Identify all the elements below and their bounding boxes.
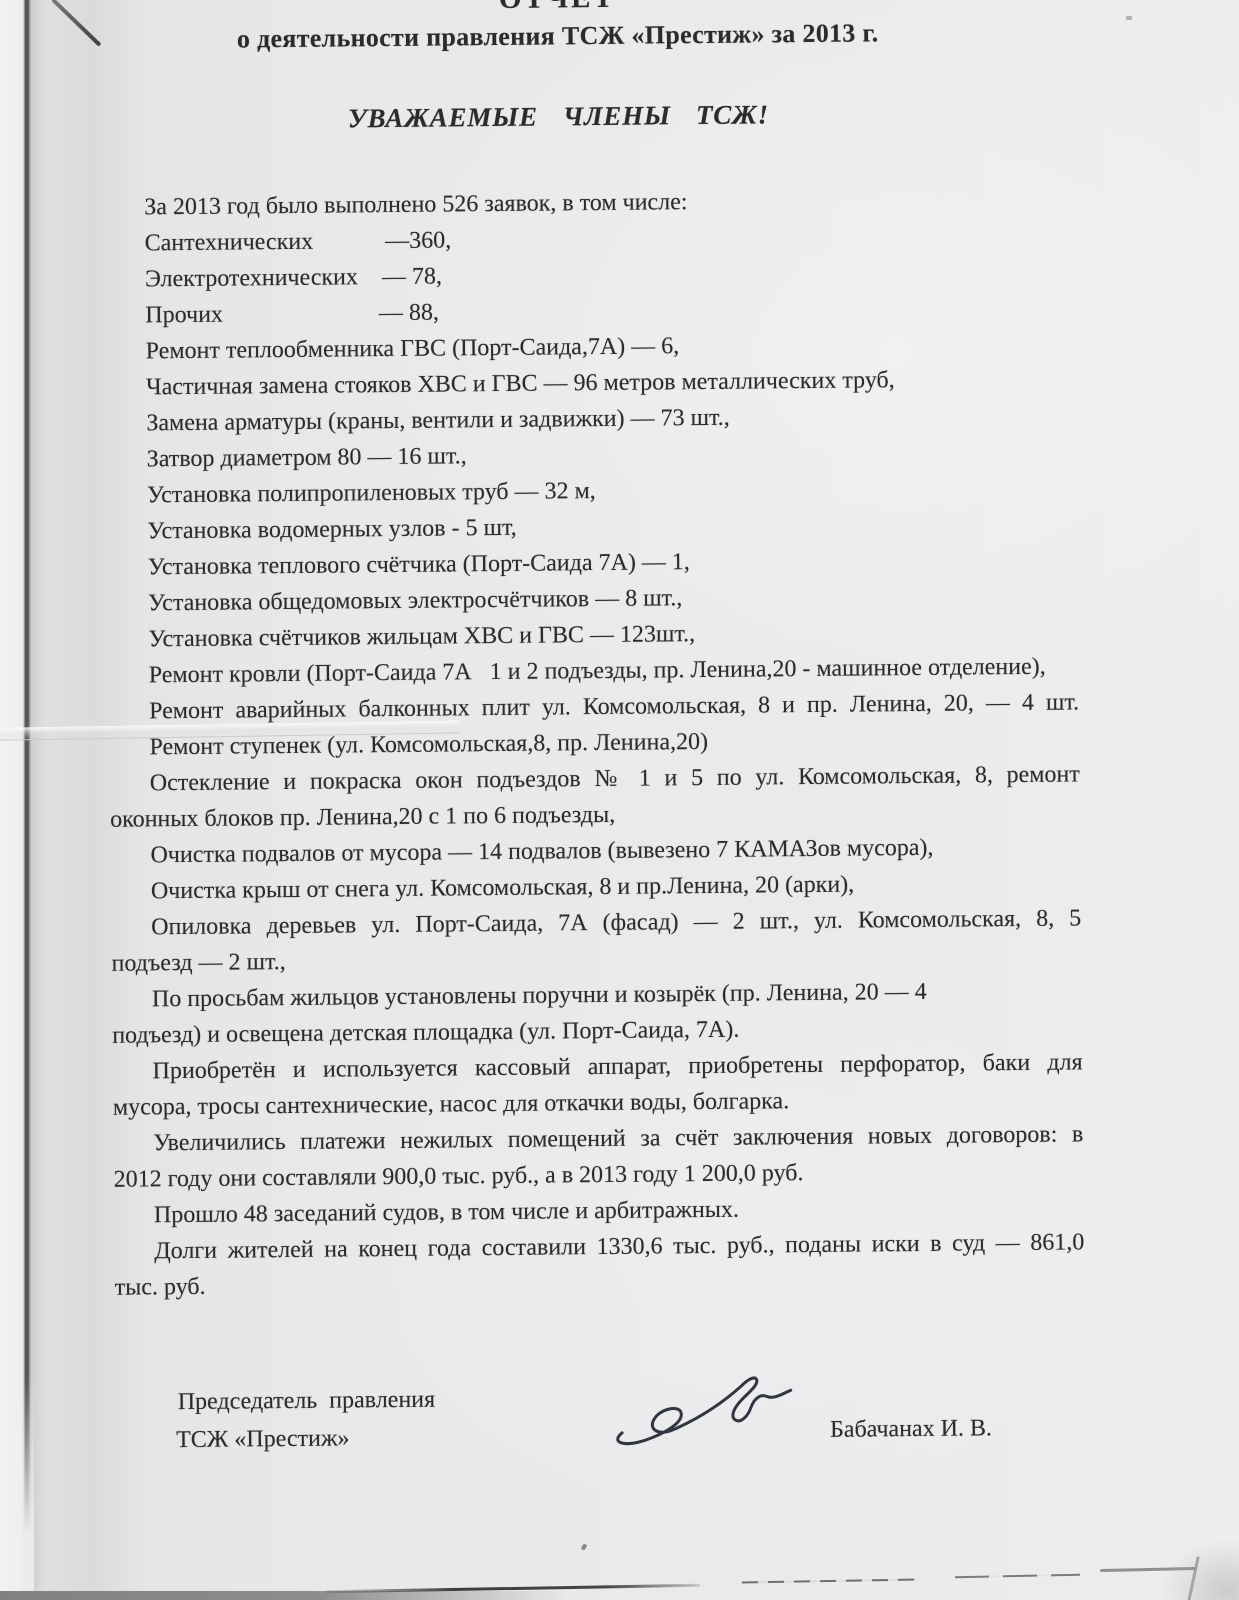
signature-role-line-1: Председатель правления — [178, 1387, 436, 1416]
signatory-name: Бабачанах И. В. — [830, 1415, 992, 1444]
document-title: ОТЧЕТ — [0, 0, 1122, 19]
scan-speck — [1126, 16, 1132, 20]
signature-scribble — [610, 1371, 801, 1451]
document-subtitle: о деятельности правления ТСЖ «Престиж» з… — [0, 16, 1123, 57]
scan-bottom-band — [0, 1591, 570, 1600]
scan-corner-shading — [1159, 1538, 1239, 1600]
handwritten-signature-icon — [610, 1371, 801, 1451]
document-salutation: УВАЖАЕМЫЕ ЧЛЕНЫ ТСЖ! — [0, 96, 1124, 138]
signature-role-line-2: ТСЖ «Престиж» — [176, 1425, 350, 1454]
scanned-document-page: ОТЧЕТ о деятельности правления ТСЖ «Прес… — [0, 0, 1239, 1600]
document-content: ОТЧЕТ о деятельности правления ТСЖ «Прес… — [0, 0, 1239, 1600]
document-body: За 2013 год было выполнено 526 заявок, в… — [104, 180, 1085, 1305]
scan-edge-fade — [22, 1380, 34, 1600]
